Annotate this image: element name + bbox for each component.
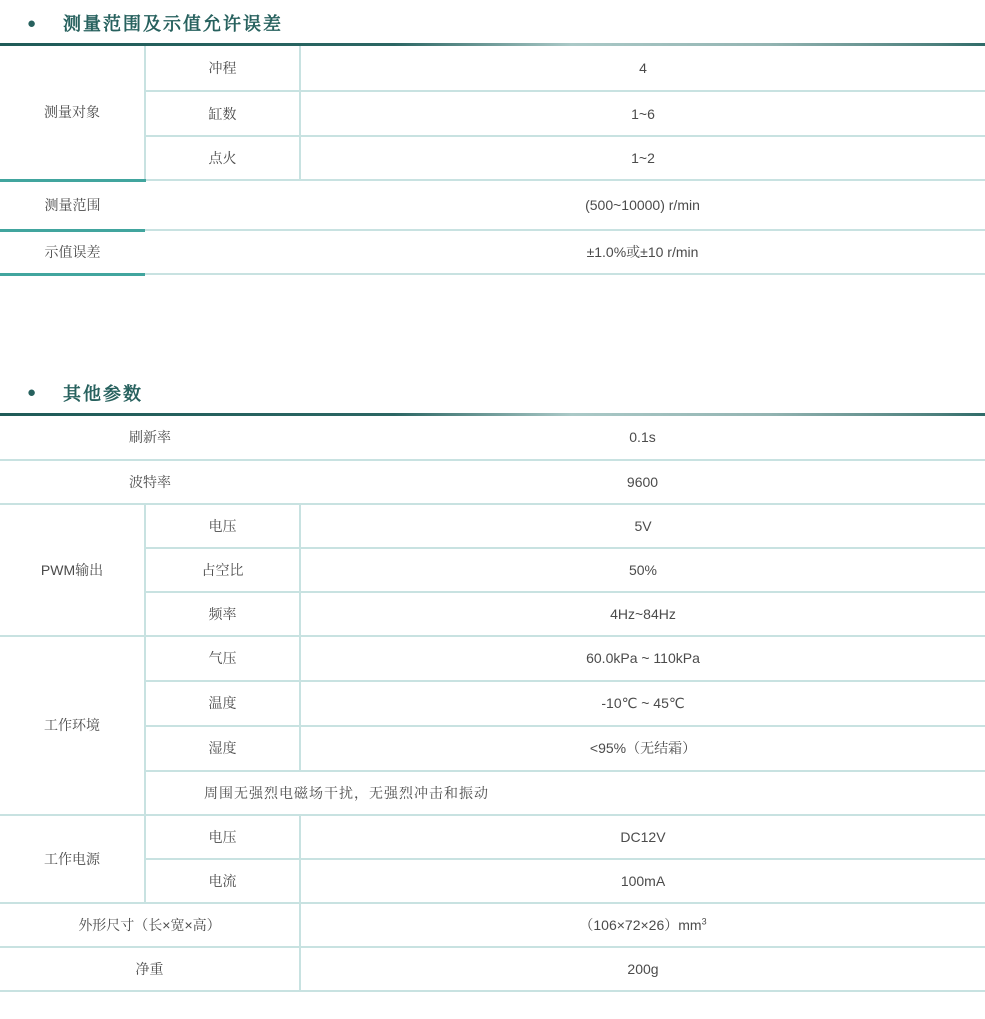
bullet-icon: ● (27, 16, 41, 31)
sub-label-cell: 点火 (145, 136, 300, 180)
value-cell: 0.1s (300, 416, 985, 460)
sub-label-cell: 湿度 (145, 726, 300, 771)
table-row: 湿度 <95%（无结霜） (0, 726, 985, 771)
value-cell: ±1.0%或±10 r/min (300, 230, 985, 274)
dimensions-superscript: 3 (702, 916, 707, 926)
sub-label-cell: 频率 (145, 592, 300, 636)
section-gap (0, 276, 985, 380)
sub-label-cell: 占空比 (145, 548, 300, 592)
value-cell: DC12V (300, 815, 985, 859)
table-row: 示值误差 ±1.0%或±10 r/min (0, 230, 985, 274)
table-row: 测量范围 (500~10000) r/min (0, 180, 985, 230)
sub-label-cell: 冲程 (145, 46, 300, 91)
section1-title: 测量范围及示值允许误差 (63, 10, 283, 36)
table-row: PWM输出 电压 5V (0, 504, 985, 548)
value-cell: 60.0kPa ~ 110kPa (300, 636, 985, 681)
table-row: 外形尺寸（长×宽×高） （106×72×26）mm3 (0, 903, 985, 947)
value-cell: 9600 (300, 460, 985, 504)
table-row: 点火 1~2 (0, 136, 985, 180)
table-row: 占空比 50% (0, 548, 985, 592)
section1-header: ● 测量范围及示值允许误差 (0, 10, 985, 36)
value-cell: 50% (300, 548, 985, 592)
table-row: 净重 200g (0, 947, 985, 991)
row-label-cell: 波特率 (0, 460, 300, 504)
table-row: 波特率 9600 (0, 460, 985, 504)
sub-label-cell: 温度 (145, 681, 300, 726)
table-row: 周围无强烈电磁场干扰，无强烈冲击和振动 (0, 771, 985, 815)
group-label-cell: 工作环境 (0, 636, 145, 815)
row-label-cell: 净重 (0, 947, 300, 991)
value-cell: -10℃ ~ 45℃ (300, 681, 985, 726)
env-note-cell: 周围无强烈电磁场干扰，无强烈冲击和振动 (145, 771, 985, 815)
value-cell: 200g (300, 947, 985, 991)
measurement-spec-table: 测量对象 冲程 4 缸数 1~6 点火 1~2 测量范围 (500~10000)… (0, 46, 985, 276)
value-cell: 1~2 (300, 136, 985, 180)
sub-label-cell: 电流 (145, 859, 300, 903)
row-label-cell: 测量范围 (0, 180, 145, 230)
group-label-cell: 测量对象 (0, 46, 145, 180)
value-cell: 100mA (300, 859, 985, 903)
value-cell: 4Hz~84Hz (300, 592, 985, 636)
value-cell: 1~6 (300, 91, 985, 136)
section2-title: 其他参数 (63, 380, 143, 406)
value-cell: 5V (300, 504, 985, 548)
sub-label-cell: 电压 (145, 815, 300, 859)
bullet-icon: ● (27, 385, 41, 400)
empty-cell (145, 180, 300, 230)
empty-cell (145, 230, 300, 274)
dimensions-value: （106×72×26）mm (579, 917, 701, 933)
group-label-cell: 工作电源 (0, 815, 145, 903)
table-row: 温度 -10℃ ~ 45℃ (0, 681, 985, 726)
value-cell: 4 (300, 46, 985, 91)
value-cell: （106×72×26）mm3 (300, 903, 985, 947)
table-row: 测量对象 冲程 4 (0, 46, 985, 91)
sub-label-cell: 缸数 (145, 91, 300, 136)
spec-sheet: ● 测量范围及示值允许误差 测量对象 冲程 4 缸数 1~6 点火 1~2 测量… (0, 0, 985, 992)
table-row: 电流 100mA (0, 859, 985, 903)
row-label-cell: 示值误差 (0, 230, 145, 274)
table-row: 工作电源 电压 DC12V (0, 815, 985, 859)
section2-header: ● 其他参数 (0, 380, 985, 406)
row-label-cell: 刷新率 (0, 416, 300, 460)
sub-label-cell: 气压 (145, 636, 300, 681)
row-label-cell: 外形尺寸（长×宽×高） (0, 903, 300, 947)
value-cell: (500~10000) r/min (300, 180, 985, 230)
sub-label-cell: 电压 (145, 504, 300, 548)
other-params-table: 刷新率 0.1s 波特率 9600 PWM输出 电压 5V 占空比 50% 频率… (0, 416, 985, 992)
group-label-cell: PWM输出 (0, 504, 145, 636)
value-cell: <95%（无结霜） (300, 726, 985, 771)
table-row: 频率 4Hz~84Hz (0, 592, 985, 636)
table-row: 工作环境 气压 60.0kPa ~ 110kPa (0, 636, 985, 681)
table-row: 刷新率 0.1s (0, 416, 985, 460)
table-row: 缸数 1~6 (0, 91, 985, 136)
